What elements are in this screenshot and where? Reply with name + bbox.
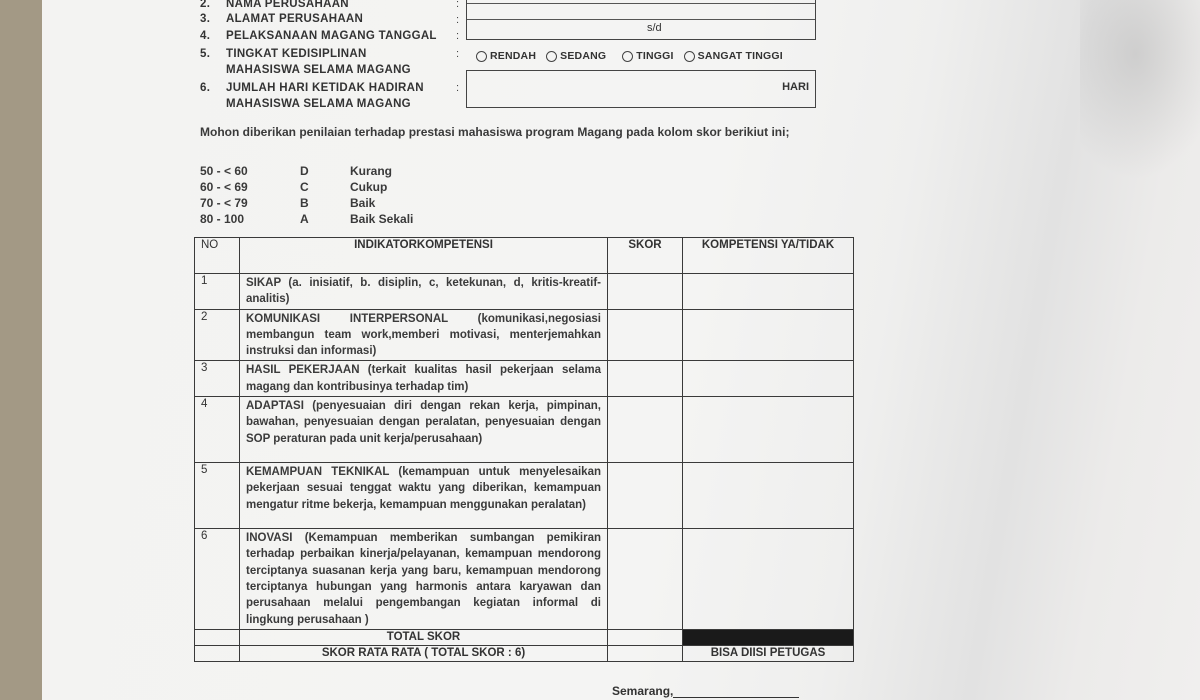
total-score-row: TOTAL SKOR: [195, 629, 854, 645]
table-row: 5 KEMAMPUAN TEKNIKAL (kemampuan untuk me…: [195, 463, 854, 529]
total-score-cell[interactable]: [608, 629, 683, 645]
row-no: 6: [195, 529, 240, 630]
grade-desc: Kurang: [350, 164, 392, 178]
colon: :: [456, 0, 459, 10]
row-indicator: HASIL PEKERJAAN (terkait kualitas hasil …: [240, 361, 608, 397]
radio-circle-icon[interactable]: [684, 51, 695, 62]
table-row: 3 HASIL PEKERJAAN (terkait kualitas hasi…: [195, 361, 854, 397]
radio-sangat-tinggi[interactable]: SANGAT TINGGI: [684, 50, 783, 62]
average-score-row: SKOR RATA RATA ( TOTAL SKOR : 6) BISA DI…: [195, 645, 854, 661]
grade-desc: Baik Sekali: [350, 212, 413, 226]
average-score-label: SKOR RATA RATA ( TOTAL SKOR : 6): [240, 645, 608, 661]
row-indicator: ADAPTASI (penyesuaian diri dengan rekan …: [240, 397, 608, 463]
score-cell[interactable]: [608, 361, 683, 397]
row-indicator: KEMAMPUAN TEKNIKAL (kemampuan untuk meny…: [240, 463, 608, 529]
grade-range: 60 - < 69: [200, 180, 248, 194]
company-name-input[interactable]: [467, 3, 815, 4]
header-score: SKOR: [608, 238, 683, 274]
grade-letter: B: [300, 196, 309, 210]
radio-circle-icon[interactable]: [476, 51, 487, 62]
row-no: 3: [195, 361, 240, 397]
radio-rendah[interactable]: RENDAH: [476, 50, 536, 62]
row-indicator: KOMUNIKASI INTERPERSONAL (komunikasi,neg…: [240, 309, 608, 361]
officer-note: BISA DIISI PETUGAS: [683, 645, 854, 661]
grade-letter: D: [300, 164, 309, 178]
grade-desc: Baik: [350, 196, 375, 210]
instruction-text: Mohon diberikan penilaian terhadap prest…: [200, 124, 820, 140]
field-number: 6.: [200, 82, 222, 94]
field-label: PELAKSANAAN MAGANG TANGGAL: [226, 30, 437, 42]
table-row: 4 ADAPTASI (penyesuaian diri dengan reka…: [195, 397, 854, 463]
absence-unit: HARI: [782, 81, 809, 93]
grade-range: 50 - < 60: [200, 164, 248, 178]
field-number: 4.: [200, 30, 222, 42]
row-no: 1: [195, 274, 240, 310]
shadow: [1080, 0, 1200, 180]
grade-letter: C: [300, 180, 309, 194]
competence-cell[interactable]: [683, 397, 854, 463]
average-score-cell[interactable]: [608, 645, 683, 661]
field-number: 3.: [200, 13, 222, 25]
row-no: 2: [195, 309, 240, 361]
table-header-row: NO INDIKATORKOMPETENSI SKOR KOMPETENSI Y…: [195, 238, 854, 274]
radio-circle-icon[interactable]: [622, 51, 633, 62]
competence-cell[interactable]: [683, 274, 854, 310]
competence-cell[interactable]: [683, 529, 854, 630]
field-label-line2: MAHASISWA SELAMA MAGANG: [226, 64, 411, 76]
row-indicator: SIKAP (a. inisiatif, b. disiplin, c, ket…: [240, 274, 608, 310]
table-row: 6 INOVASI (Kemampuan memberikan sumbanga…: [195, 529, 854, 630]
score-cell[interactable]: [608, 529, 683, 630]
colon: :: [456, 30, 459, 42]
date-input-line[interactable]: [673, 697, 799, 698]
competence-cell[interactable]: [683, 463, 854, 529]
signature-place-label: Semarang,: [612, 684, 673, 698]
colon: :: [456, 48, 459, 60]
field-label-line2: MAHASISWA SELAMA MAGANG: [226, 98, 411, 110]
radio-label: RENDAH: [490, 50, 536, 62]
grade-desc: Cukup: [350, 180, 387, 194]
field-number: 2.: [200, 0, 222, 10]
competence-cell[interactable]: [683, 309, 854, 361]
grade-range: 80 - 100: [200, 212, 244, 226]
total-score-label: TOTAL SKOR: [240, 629, 608, 645]
row-no: 4: [195, 397, 240, 463]
header-indicator: INDIKATORKOMPETENSI: [240, 238, 608, 274]
blacked-out-cell: [683, 629, 854, 645]
colon: :: [456, 14, 459, 26]
signature-place: Semarang,: [612, 684, 799, 698]
company-address-input[interactable]: [467, 19, 815, 20]
desk-background: [0, 0, 42, 700]
header-no: NO: [195, 238, 240, 274]
field-label: NAMA PERUSAHAAN: [226, 0, 349, 10]
field-label: ALAMAT PERUSAHAAN: [226, 13, 363, 25]
grade-range: 70 - < 79: [200, 196, 248, 210]
radio-label: SEDANG: [560, 50, 606, 62]
date-range-separator: s/d: [647, 22, 662, 34]
competence-cell[interactable]: [683, 361, 854, 397]
radio-tinggi[interactable]: TINGGI: [622, 50, 673, 62]
empty-cell: [195, 645, 240, 661]
row-no: 5: [195, 463, 240, 529]
company-info-box: s/d: [466, 0, 816, 40]
grade-letter: A: [300, 212, 309, 226]
radio-label: TINGGI: [636, 50, 673, 62]
header-competence: KOMPETENSI YA/TIDAK: [683, 238, 854, 274]
score-cell[interactable]: [608, 397, 683, 463]
radio-label: SANGAT TINGGI: [698, 50, 783, 62]
score-cell[interactable]: [608, 463, 683, 529]
score-cell[interactable]: [608, 274, 683, 310]
score-cell[interactable]: [608, 309, 683, 361]
competency-table: NO INDIKATORKOMPETENSI SKOR KOMPETENSI Y…: [194, 237, 854, 662]
absence-days-input[interactable]: HARI: [466, 70, 816, 108]
radio-sedang[interactable]: SEDANG: [546, 50, 606, 62]
colon: :: [456, 82, 459, 94]
radio-circle-icon[interactable]: [546, 51, 557, 62]
discipline-radio-group: RENDAH SEDANG TINGGI SANGAT TINGGI: [476, 50, 783, 62]
field-label: TINGKAT KEDISIPLINAN: [226, 48, 367, 60]
table-row: 1 SIKAP (a. inisiatif, b. disiplin, c, k…: [195, 274, 854, 310]
table-row: 2 KOMUNIKASI INTERPERSONAL (komunikasi,n…: [195, 309, 854, 361]
row-indicator: INOVASI (Kemampuan memberikan sumbangan …: [240, 529, 608, 630]
field-label: JUMLAH HARI KETIDAK HADIRAN: [226, 82, 424, 94]
field-number: 5.: [200, 48, 222, 60]
empty-cell: [195, 629, 240, 645]
